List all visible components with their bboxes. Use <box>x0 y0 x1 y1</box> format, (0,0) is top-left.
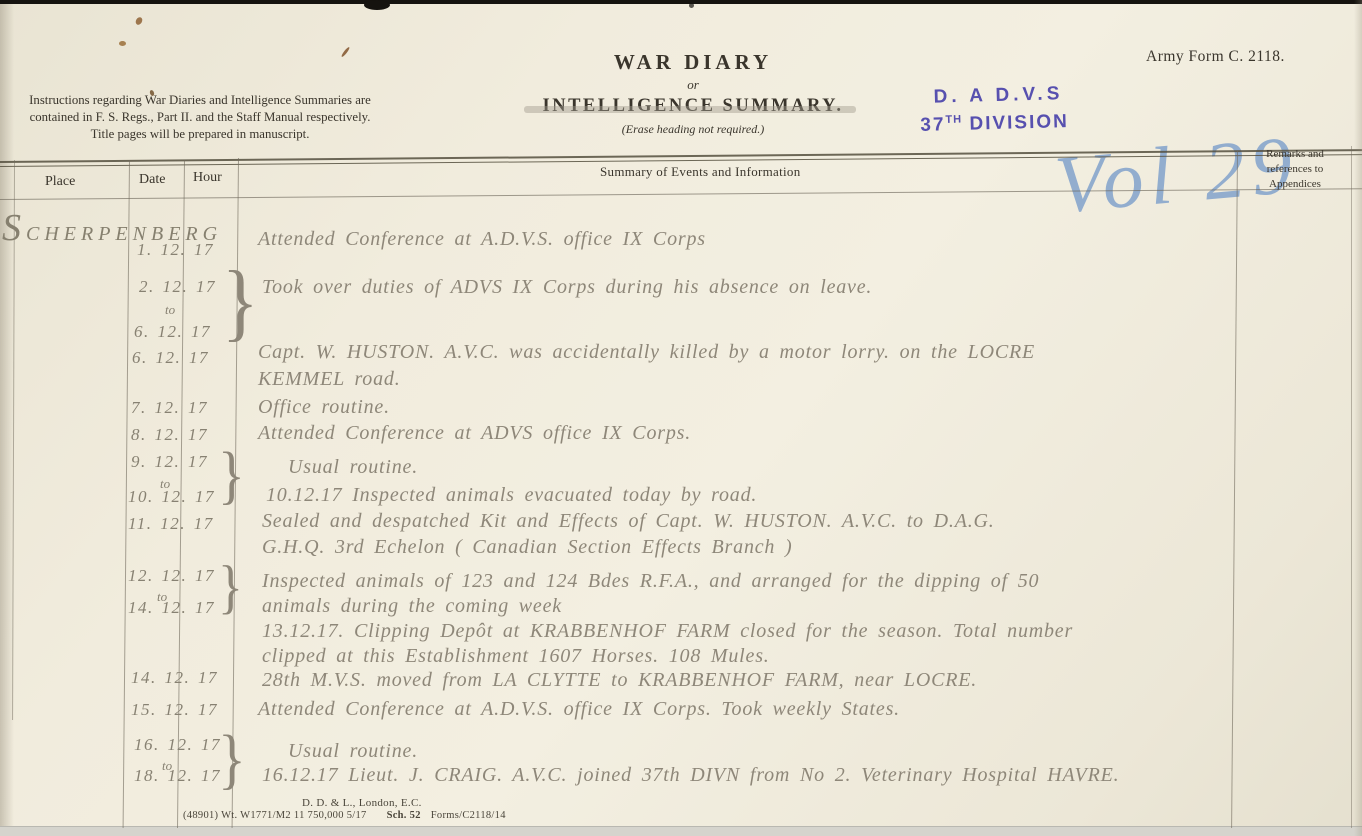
stamp-line2: 37TH DIVISION <box>920 108 1069 139</box>
column-header-hour: Hour <box>193 170 222 186</box>
column-header-date: Date <box>139 172 165 188</box>
summary-line: Sealed and despatched Kit and Effects of… <box>262 510 995 533</box>
date-cell: 6. 12. 17 <box>132 348 209 368</box>
stamp-line1: D. A D.V.S <box>933 80 1068 111</box>
date-cell: 15. 12. 17 <box>131 700 218 720</box>
scan-top-edge <box>0 0 1362 4</box>
erasure-mark <box>524 106 855 113</box>
summary-remarks-divider <box>1231 151 1238 828</box>
date-cell: 8. 12. 17 <box>131 425 208 445</box>
date-cell: 14. 12. 17 <box>131 668 218 688</box>
stamp-ordinal: TH <box>945 113 962 125</box>
scan-bottom-edge <box>0 826 1362 836</box>
summary-line: 13.12.17. Clipping Depôt at KRABBENHOF F… <box>262 620 1073 643</box>
table-right-rule <box>1351 146 1352 828</box>
column-header-remarks: Remarks and references to Appendices <box>1240 147 1350 192</box>
date-cell: 6. 12. 17 <box>134 322 211 342</box>
instructions-text: Instructions regarding War Diaries and I… <box>28 92 372 143</box>
summary-line: Office routine. <box>258 396 390 419</box>
brace-mark: } <box>218 444 245 508</box>
date-cell: 7. 12. 17 <box>131 398 208 418</box>
title-block: WAR DIARY or INTELLIGENCE SUMMARY. (Eras… <box>528 50 858 137</box>
ink-blot <box>364 0 390 10</box>
printer-imprint-line1: D. D. & L., London, E.C. <box>302 797 422 809</box>
date-cell: 2. 12. 17 <box>139 277 216 297</box>
summary-line: Usual routine. <box>288 456 418 479</box>
summary-line: Attended Conference at A.D.V.S. office I… <box>258 228 706 251</box>
brace-mark: } <box>218 726 246 793</box>
summary-line: 16.12.17 Lieut. J. CRAIG. A.V.C. joined … <box>262 764 1119 787</box>
summary-line: animals during the coming week <box>262 595 562 618</box>
printer-forms: Forms/C2118/14 <box>431 810 506 821</box>
summary-line: 28th M.V.S. moved from LA CLYTTE to KRAB… <box>262 669 977 692</box>
date-cell: 10. 12. 17 <box>128 487 215 507</box>
date-cell: 12. 12. 17 <box>128 566 215 586</box>
summary-line: Inspected animals of 123 and 124 Bdes R.… <box>262 570 1039 593</box>
printer-wt: (48901) Wt. W1771/M2 11 750,000 5/17 <box>183 810 367 821</box>
brace-mark: } <box>222 258 258 345</box>
stamp-word: DIVISION <box>969 111 1069 135</box>
title-or: or <box>528 77 858 93</box>
brace-mark: } <box>218 558 243 618</box>
foxing-spot <box>134 16 143 26</box>
column-header-summary: Summary of Events and Information <box>600 164 801 180</box>
remarks-line2: references to <box>1240 162 1350 177</box>
remarks-line3: Appendices <box>1240 177 1350 192</box>
printer-imprint-line2: (48901) Wt. W1771/M2 11 750,000 5/17Sch.… <box>183 810 506 821</box>
remarks-line1: Remarks and <box>1240 147 1350 162</box>
column-header-place: Place <box>45 174 75 190</box>
summary-line: G.H.Q. 3rd Echelon ( Canadian Section Ef… <box>262 536 792 559</box>
title-note: (Erase heading not required.) <box>528 122 858 137</box>
title-alt: INTELLIGENCE SUMMARY. <box>543 96 844 117</box>
summary-line: clipped at this Establishment 1607 Horse… <box>262 645 770 668</box>
summary-line: Took over duties of ADVS IX Corps during… <box>262 276 872 299</box>
unit-stamp: D. A D.V.S 37TH DIVISION <box>919 80 1069 139</box>
date-cell: 14. 12. 17 <box>128 598 215 618</box>
pen-mark <box>341 46 351 57</box>
date-cell: 16. 12. 17 <box>134 735 221 755</box>
war-diary-scan: Army Form C. 2118. Instructions regardin… <box>0 0 1362 836</box>
form-number: Army Form C. 2118. <box>1146 48 1285 66</box>
summary-line: Capt. W. HUSTON. A.V.C. was accidentally… <box>258 341 1035 364</box>
summary-line: Attended Conference at ADVS office IX Co… <box>258 422 691 445</box>
date-cell: 9. 12. 17 <box>131 452 208 472</box>
ink-speck <box>689 3 694 8</box>
summary-line: Usual routine. <box>288 740 418 763</box>
page-title: WAR DIARY <box>528 50 858 75</box>
date-cell: 18. 12. 17 <box>134 766 221 786</box>
date-cell: 11. 12. 17 <box>128 514 214 534</box>
stamp-number: 37 <box>920 114 946 136</box>
summary-line: 10.12.17 Inspected animals evacuated tod… <box>266 484 757 507</box>
date-to: to <box>165 302 175 318</box>
printer-sch: Sch. 52 <box>387 810 421 821</box>
date-cell: 1. 12. 17 <box>137 240 214 260</box>
foxing-spot <box>119 41 126 46</box>
summary-line: KEMMEL road. <box>258 368 401 391</box>
summary-line: Attended Conference at A.D.V.S. office I… <box>258 698 900 721</box>
